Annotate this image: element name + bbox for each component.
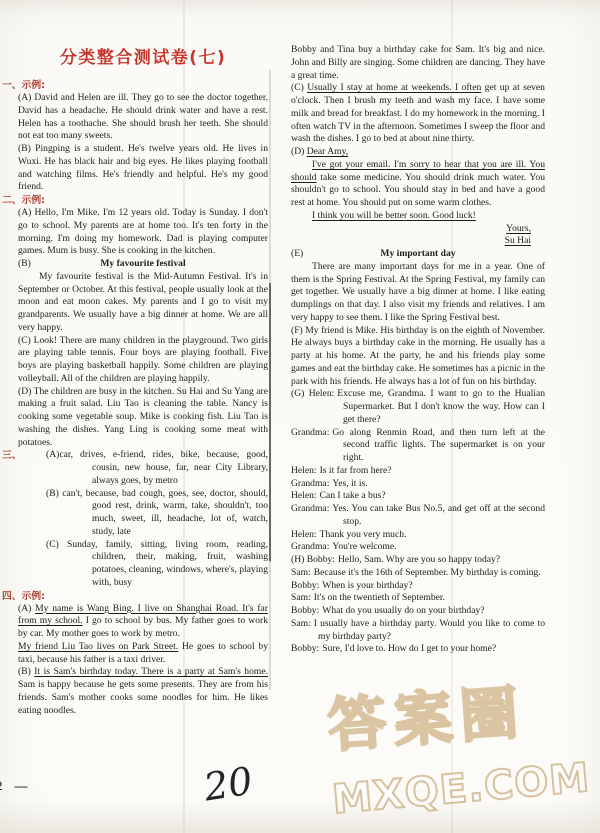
item-h-marker: (H) [291,554,307,565]
dialogue-text: When is your birthday? [322,580,412,591]
page-title: 分类整合测试卷(七) [18,46,268,70]
essay-title-text: My favourite festival [100,258,185,269]
speaker-name: Bobby: [291,605,319,616]
speaker-name: Helen: [291,465,317,476]
dialogue-text: Can I take a bus? [320,490,386,501]
essay-title-important-day: (E) My important day [291,248,545,261]
word-list-3c: (C) Sunday, family, sitting, living room… [18,539,268,590]
dialogue-line: Bobby:Sure, I'd love to. How do I get to… [291,643,545,656]
paragraph-4b: (B) It is Sam's birthday today. There is… [18,666,268,717]
dialogue-line: Helen:Thank you very much. [291,529,545,542]
speaker-name: Sam: [291,567,311,578]
letter-closing-line: I think you will be better soon. Good lu… [291,210,545,223]
dialogue-text: I usually have a birthday party. Would y… [314,618,545,642]
right-column: Bobby and Tina buy a birthday cake for S… [291,44,545,656]
paragraph-e: There are many important days for me in … [291,261,545,325]
dialogue-line: Sam:It's on the twentieth of September. [291,592,545,605]
plain-text: take some medicine. You should drink muc… [291,172,545,209]
yours-text: Yours, [506,223,531,234]
dialogue-line: Grandma:Yes, it is. [291,478,545,491]
dialogue-line: Grandma:Go along Renmin Road, and then t… [291,427,545,465]
paragraph-2c: (C) Look! There are many children in the… [18,335,268,386]
section-3-label: 三、 [2,449,22,462]
column-divider-dark-line [269,283,271,561]
speaker-name: Grandma: [291,541,329,552]
dialogue-text: Thank you very much. [320,529,407,540]
dialogue-line: Sam:Because it's the 16th of September. … [291,567,545,580]
word-list-3b: (B) can't, because, bad cough, goes, see… [18,488,268,539]
dialogue-text: Sure, I'd love to. How do I get to your … [322,643,496,654]
paragraph-2a: (A) Hello, I'm Mike. I'm 12 years old. T… [18,207,268,258]
word-list-3a: (A)car, drives, e-friend, rides, bike, b… [18,449,268,487]
paragraph-c: (C) Usually I stay at home at weekends. … [291,82,545,146]
scanned-test-paper-page: 分类整合测试卷(七) 一、示例: (A) David and Helen are… [0,0,600,833]
underlined-sentence: I think you will be better soon. Good lu… [312,210,476,221]
essay-title-favourite-festival: (B) My favourite festival [18,258,268,271]
left-column: 分类整合测试卷(七) 一、示例: (A) David and Helen are… [18,46,268,717]
paragraph-1b: (B) Pingping is a student. He's twelve y… [18,143,268,194]
item-b-marker: (B) [18,258,31,271]
speaker-name: Helen: [291,490,317,501]
speaker-name: Bobby: [291,580,319,591]
paragraph-f: (F) My friend is Mike. His birthday is o… [291,325,545,389]
item-g-marker: (G) [291,388,309,399]
dialogue-line: Helen:Can I take a bus? [291,490,545,503]
item-b-marker: (B) [18,666,34,677]
dialogue-line: Bobby:What do you usually do on your bir… [291,605,545,618]
section-4-label: 四、示例: [2,590,268,603]
dialogue-line: Grandma:You're welcome. [291,541,545,554]
speaker-name: Grandma: [291,503,329,514]
item-e-marker: (E) [291,248,303,261]
letter-signature: Su Hai [291,235,545,248]
underlined-sentence: My friend Liu Tao lives on Park Street. [18,641,178,652]
speaker-name: Bobby: [291,643,319,654]
dialogue-text: Yes, it is. [332,478,367,489]
page-number-text: 2 [0,778,3,793]
speaker-name: Grandma: [291,478,329,489]
dialogue-text: Is it far from here? [320,465,392,476]
dialogue-text: Yes. You can take Bus No.5, and get off … [332,503,545,527]
underlined-sentence: It is Sam's birthday today. There is a p… [34,666,268,677]
page-number-dash: — [15,778,28,793]
dialogue-line: (G) Helen:Excuse me, Grandma. I want to … [291,388,545,426]
dialogue-line: Helen:Is it far from here? [291,465,545,478]
dialogue-line: Grandma:Yes. You can take Bus No.5, and … [291,503,545,529]
dialogue-text: Hello, Sam. Why are you so happy today? [338,554,500,565]
signature-text: Su Hai [505,235,531,246]
dialogue-text: What do you usually do on your birthday? [322,605,484,616]
section-1-label: 一、示例: [2,79,268,92]
paragraph-2b: My favourite festival is the Mid-Autumn … [18,271,268,335]
dialogue-line: Bobby:When is your birthday? [291,580,545,593]
handwritten-score: 20 [201,760,255,807]
salutation-text: Dear Amy, [307,146,348,157]
watermark-chinese: 答案圈 [326,677,528,761]
section-2-label: 二、示例: [2,194,268,207]
paragraph-2d: (D) The children are busy in the kitchen… [18,386,268,450]
paragraph-4a2: My friend Liu Tao lives on Park Street. … [18,641,268,667]
speaker-name: Helen: [309,388,335,399]
item-d-marker: (D) [291,146,307,157]
speaker-name: Sam: [291,592,311,603]
dialogue-line: (H) Bobby:Hello, Sam. Why are you so hap… [291,554,545,567]
letter-salutation: (D) Dear Amy, [291,146,545,159]
paragraph-4b-continued: Bobby and Tina buy a birthday cake for S… [291,44,545,82]
item-c-marker: (C) [291,82,307,93]
paragraph-4a: (A) My name is Wang Bing. I live on Shan… [18,603,268,641]
underlined-sentence: Usually I stay at home at weekends. I of… [307,82,481,93]
speaker-name: Helen: [291,529,317,540]
dialogue-line: Sam:I usually have a birthday party. Wou… [291,618,545,644]
paragraph-1a: (A) David and Helen are ill. They go to … [18,92,268,143]
dialogue-text: You're welcome. [332,541,396,552]
speaker-name: Sam: [291,618,311,629]
letter-body: I've got your email. I'm sorry to hear t… [291,159,545,210]
letter-yours: Yours, [291,223,545,236]
item-a-marker: (A) [18,603,35,614]
dialogue-text: Go along Renmin Road, and then turn left… [332,427,545,464]
watermark-site: MXQE.COM [330,755,591,823]
dialogue-text: It's on the twentieth of September. [314,592,445,603]
essay-title-text: My important day [380,248,455,259]
speaker-name: Grandma: [291,427,329,438]
section-3: 三、 (A)car, drives, e-friend, rides, bike… [18,449,268,589]
page-number: 2— [0,779,28,793]
speaker-name: Bobby: [307,554,335,565]
dialogue-text: Because it's the 16th of September. My b… [314,567,541,578]
plain-text: Sam is happy because he gets some presen… [18,679,268,716]
dialogue-text: Excuse me, Grandma. I want to go to the … [337,388,545,425]
